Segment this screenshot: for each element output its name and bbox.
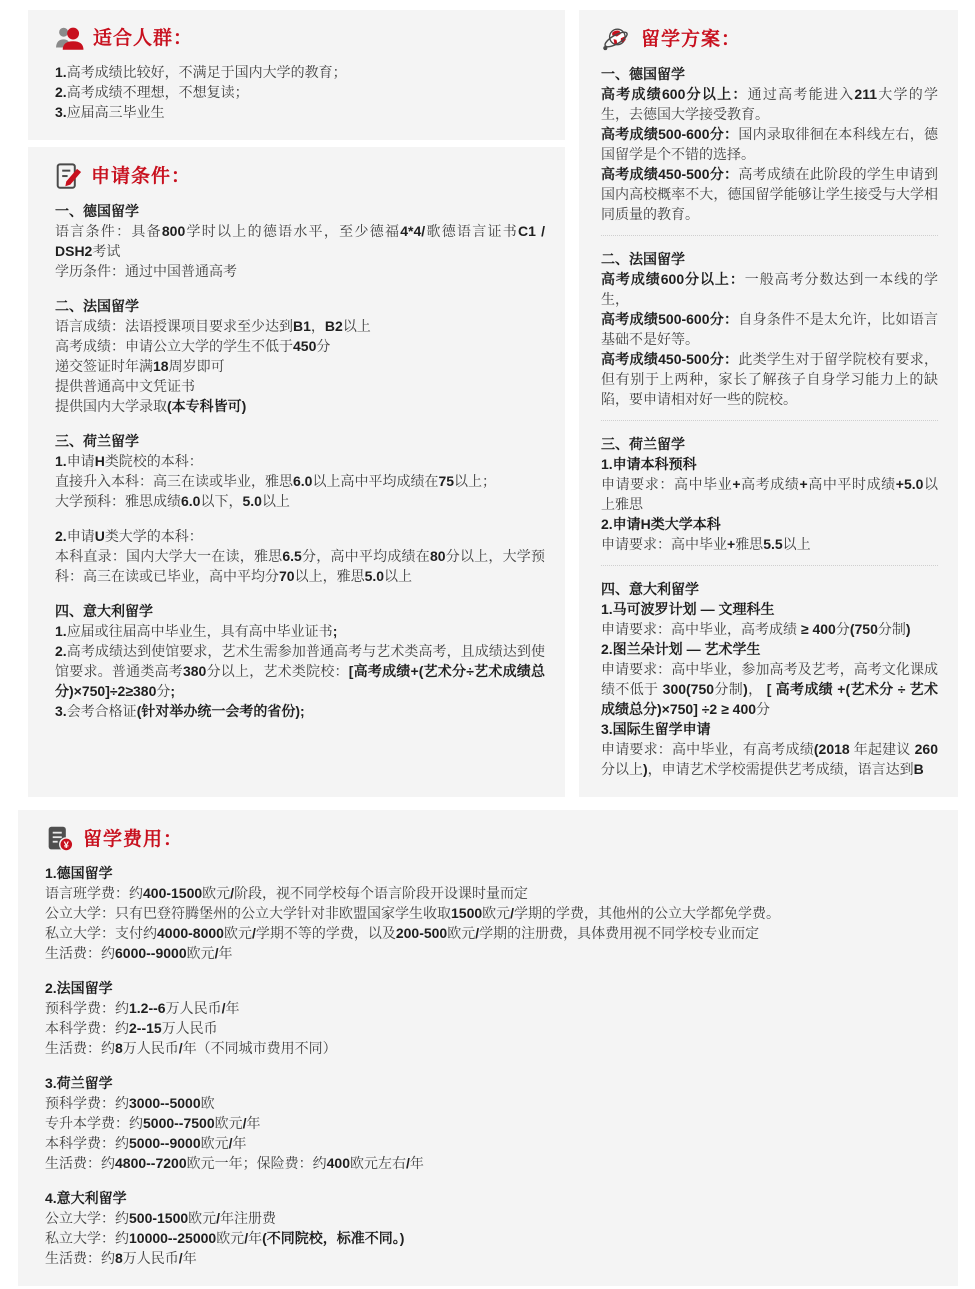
text-line: 2.申请U类大学的本科： xyxy=(55,526,545,546)
text-line: 申请要求：高中毕业+高考成绩+高中平时成绩+5.0以上雅思 xyxy=(601,474,938,514)
text-line: 语言班学费：约400-1500欧元/阶段，视不同学校每个语言阶段开设课时量而定 xyxy=(45,883,938,903)
block-heading: 一、德国留学 xyxy=(55,201,545,221)
text-line: 高考成绩450-500分：高考成绩在此阶段的学生申请到国内高校概率不大，德国留学… xyxy=(601,164,938,224)
text-line: 高考成绩600分以上：通过高考能进入211大学的学生，去德国大学接受教育。 xyxy=(601,84,938,124)
text-line: 2.申请H类大学本科 xyxy=(601,514,938,534)
text-line: 高考成绩500-600分：国内录取徘徊在本科线左右，德国留学是个不错的选择。 xyxy=(601,124,938,164)
content-block: 三、荷兰留学1.申请本科预科申请要求：高中毕业+高考成绩+高中平时成绩+5.0以… xyxy=(601,434,938,554)
block-heading: 四、意大利留学 xyxy=(55,601,545,621)
content-block: 3.荷兰留学预科学费：约3000--5000欧专升本学费：约5000--7500… xyxy=(45,1073,938,1173)
text-line: 提供普通高中文凭证书 xyxy=(55,376,545,396)
text-line: 公立大学：只有巴登符腾堡州的公立大学针对非欧盟国家学生收取1500欧元/学期的学… xyxy=(45,903,938,923)
svg-text:¥: ¥ xyxy=(64,840,70,851)
card-title-audience: 适合人群： xyxy=(93,25,193,52)
text-line: 2.高考成绩达到使馆要求，艺术生需参加普通高考与艺术类高考，且成绩达到使馆要求。… xyxy=(55,641,545,701)
card-plans: 留学方案： 一、德国留学高考成绩600分以上：通过高考能进入211大学的学生，去… xyxy=(579,10,958,797)
text-line: 私立大学：支付约4000-8000欧元/学期不等的学费，以及200-500欧元/… xyxy=(45,923,938,943)
text-line: 语言成绩：法语授课项目要求至少达到B1，B2以上 xyxy=(55,316,545,336)
text-line: 3.应届高三毕业生 xyxy=(55,102,545,122)
left-column: 适合人群： 1.高考成绩比较好，不满足于国内大学的教育；2.高考成绩不理想，不想… xyxy=(28,10,565,797)
content-block: 二、法国留学语言成绩：法语授课项目要求至少达到B1，B2以上高考成绩：申请公立大… xyxy=(55,296,545,416)
text-line: 生活费：约4800--7200欧元一年；保险费：约400欧元左右/年 xyxy=(45,1153,938,1173)
text-line: 生活费：约6000--9000欧元/年 xyxy=(45,943,938,963)
text-line: 公立大学：约500-1500欧元/年注册费 xyxy=(45,1208,938,1228)
text-line: 生活费：约8万人民币/年 xyxy=(45,1248,938,1268)
card-conditions: 申请条件： 一、德国留学语言条件：具备800学时以上的德语水平，至少德福4*4/… xyxy=(28,147,565,797)
text-line: 高考成绩500-600分：自身条件不是太允许，比如语言基础不是好等。 xyxy=(601,309,938,349)
block-heading: 二、法国留学 xyxy=(55,296,545,316)
text-line: 本科学费：约2--15万人民币 xyxy=(45,1018,938,1038)
text-line: 私立大学：约10000--25000欧元/年(不同院校，标准不同。) xyxy=(45,1228,938,1248)
card-title-conditions: 申请条件： xyxy=(91,163,191,190)
text-line: 高考成绩：申请公立大学的学生不低于450分 xyxy=(55,336,545,356)
users-icon xyxy=(55,25,84,52)
bill-badge-icon: ¥ xyxy=(45,825,74,853)
card-title-plans: 留学方案： xyxy=(641,26,741,53)
text-line: 申请要求：高中毕业，有高考成绩(2018 年起建议 260分以上)，申请艺术学校… xyxy=(601,739,938,779)
content-block: 一、德国留学高考成绩600分以上：通过高考能进入211大学的学生，去德国大学接受… xyxy=(601,64,938,224)
text-line: 语言条件：具备800学时以上的德语水平，至少德福4*4/歌德语言证书C1 / D… xyxy=(55,221,545,261)
text-line: 1.应届或往届高中毕业生，具有高中毕业证书; xyxy=(55,621,545,641)
content-block: 2.申请U类大学的本科：本科直录：国内大学大一在读，雅思6.5分，高中平均成绩在… xyxy=(55,526,545,586)
top-row: 适合人群： 1.高考成绩比较好，不满足于国内大学的教育；2.高考成绩不理想，不想… xyxy=(18,10,958,797)
card-title-row: ¥ 留学费用： xyxy=(45,825,938,853)
text-line: 1.马可波罗计划 — 文理科生 xyxy=(601,599,938,619)
text-line: 提供国内大学录取(本专科皆可) xyxy=(55,396,545,416)
block-heading: 三、荷兰留学 xyxy=(601,434,938,454)
content-block: 四、意大利留学1.马可波罗计划 — 文理科生申请要求：高中毕业，高考成绩 ≥ 4… xyxy=(601,579,938,779)
page: 适合人群： 1.高考成绩比较好，不满足于国内大学的教育；2.高考成绩不理想，不想… xyxy=(0,0,975,1289)
content-block: 2.法国留学预科学费：约1.2--6万人民币/年本科学费：约2--15万人民币生… xyxy=(45,978,938,1058)
content-block: 一、德国留学语言条件：具备800学时以上的德语水平，至少德福4*4/歌德语言证书… xyxy=(55,201,545,281)
text-line: 直接升入本科：高三在读或毕业，雅思6.0以上高中平均成绩在75以上； xyxy=(55,471,545,491)
content-block: 1.德国留学语言班学费：约400-1500欧元/阶段，视不同学校每个语言阶段开设… xyxy=(45,863,938,963)
content-block: 1.高考成绩比较好，不满足于国内大学的教育；2.高考成绩不理想，不想复读；3.应… xyxy=(55,62,545,122)
dotted-divider xyxy=(601,565,938,566)
text-line: 大学预科：雅思成绩6.0以下，5.0以上 xyxy=(55,491,545,511)
content-block: 三、荷兰留学1.申请H类院校的本科：直接升入本科：高三在读或毕业，雅思6.0以上… xyxy=(55,431,545,511)
block-heading: 三、荷兰留学 xyxy=(55,431,545,451)
content-block: 4.意大利留学公立大学：约500-1500欧元/年注册费私立大学：约10000-… xyxy=(45,1188,938,1268)
right-column: 留学方案： 一、德国留学高考成绩600分以上：通过高考能进入211大学的学生，去… xyxy=(579,10,958,797)
block-heading: 二、法国留学 xyxy=(601,249,938,269)
content-block: 二、法国留学高考成绩600分以上：一般高考分数达到一本线的学生，高考成绩500-… xyxy=(601,249,938,409)
text-line: 专升本学费：约5000--7500欧元/年 xyxy=(45,1113,938,1133)
text-line: 学历条件：通过中国普通高考 xyxy=(55,261,545,281)
text-line: 本科学费：约5000--9000欧元/年 xyxy=(45,1133,938,1153)
block-heading: 四、意大利留学 xyxy=(601,579,938,599)
text-line: 高考成绩600分以上：一般高考分数达到一本线的学生， xyxy=(601,269,938,309)
card-body-fees: 1.德国留学语言班学费：约400-1500欧元/阶段，视不同学校每个语言阶段开设… xyxy=(45,863,938,1268)
text-line: 预科学费：约1.2--6万人民币/年 xyxy=(45,998,938,1018)
block-heading: 1.德国留学 xyxy=(45,863,938,883)
card-title-row: 留学方案： xyxy=(601,25,938,54)
text-line: 申请要求：高中毕业，高考成绩 ≥ 400分(750分制) xyxy=(601,619,938,639)
card-body-conditions: 一、德国留学语言条件：具备800学时以上的德语水平，至少德福4*4/歌德语言证书… xyxy=(55,201,545,721)
text-line: 1.申请本科预科 xyxy=(601,454,938,474)
block-heading: 一、德国留学 xyxy=(601,64,938,84)
text-line: 1.申请H类院校的本科： xyxy=(55,451,545,471)
content-block: 四、意大利留学1.应届或往届高中毕业生，具有高中毕业证书;2.高考成绩达到使馆要… xyxy=(55,601,545,721)
text-line: 递交签证时年满18周岁即可 xyxy=(55,356,545,376)
block-heading: 3.荷兰留学 xyxy=(45,1073,938,1093)
text-line: 3.会考合格证(针对举办统一会考的省份); xyxy=(55,701,545,721)
text-line: 申请要求：高中毕业，参加高考及艺考，高考文化课成绩不低于 300(750分制)，… xyxy=(601,659,938,719)
text-line: 2.图兰朵计划 — 艺术学生 xyxy=(601,639,938,659)
card-title-fees: 留学费用： xyxy=(83,826,183,853)
block-heading: 2.法国留学 xyxy=(45,978,938,998)
text-line: 申请要求：高中毕业+雅思5.5以上 xyxy=(601,534,938,554)
edit-document-icon xyxy=(55,162,82,191)
globe-orbit-icon xyxy=(601,25,632,54)
card-title-row: 申请条件： xyxy=(55,162,545,191)
text-line: 预科学费：约3000--5000欧 xyxy=(45,1093,938,1113)
text-line: 1.高考成绩比较好，不满足于国内大学的教育； xyxy=(55,62,545,82)
card-body-plans: 一、德国留学高考成绩600分以上：通过高考能进入211大学的学生，去德国大学接受… xyxy=(601,64,938,779)
dotted-divider xyxy=(601,420,938,421)
card-audience: 适合人群： 1.高考成绩比较好，不满足于国内大学的教育；2.高考成绩不理想，不想… xyxy=(28,10,565,140)
text-line: 3.国际生留学申请 xyxy=(601,719,938,739)
text-line: 2.高考成绩不理想，不想复读； xyxy=(55,82,545,102)
card-fees: ¥ 留学费用： 1.德国留学语言班学费：约400-1500欧元/阶段，视不同学校… xyxy=(18,810,958,1286)
text-line: 高考成绩450-500分：此类学生对于留学院校有要求，但有别于上两种，家长了解孩… xyxy=(601,349,938,409)
text-line: 本科直录：国内大学大一在读，雅思6.5分，高中平均成绩在80分以上，大学预科：高… xyxy=(55,546,545,586)
block-heading: 4.意大利留学 xyxy=(45,1188,938,1208)
card-title-row: 适合人群： xyxy=(55,25,545,52)
dotted-divider xyxy=(601,235,938,236)
card-body-audience: 1.高考成绩比较好，不满足于国内大学的教育；2.高考成绩不理想，不想复读；3.应… xyxy=(55,62,545,122)
text-line: 生活费：约8万人民币/年（不同城市费用不同） xyxy=(45,1038,938,1058)
